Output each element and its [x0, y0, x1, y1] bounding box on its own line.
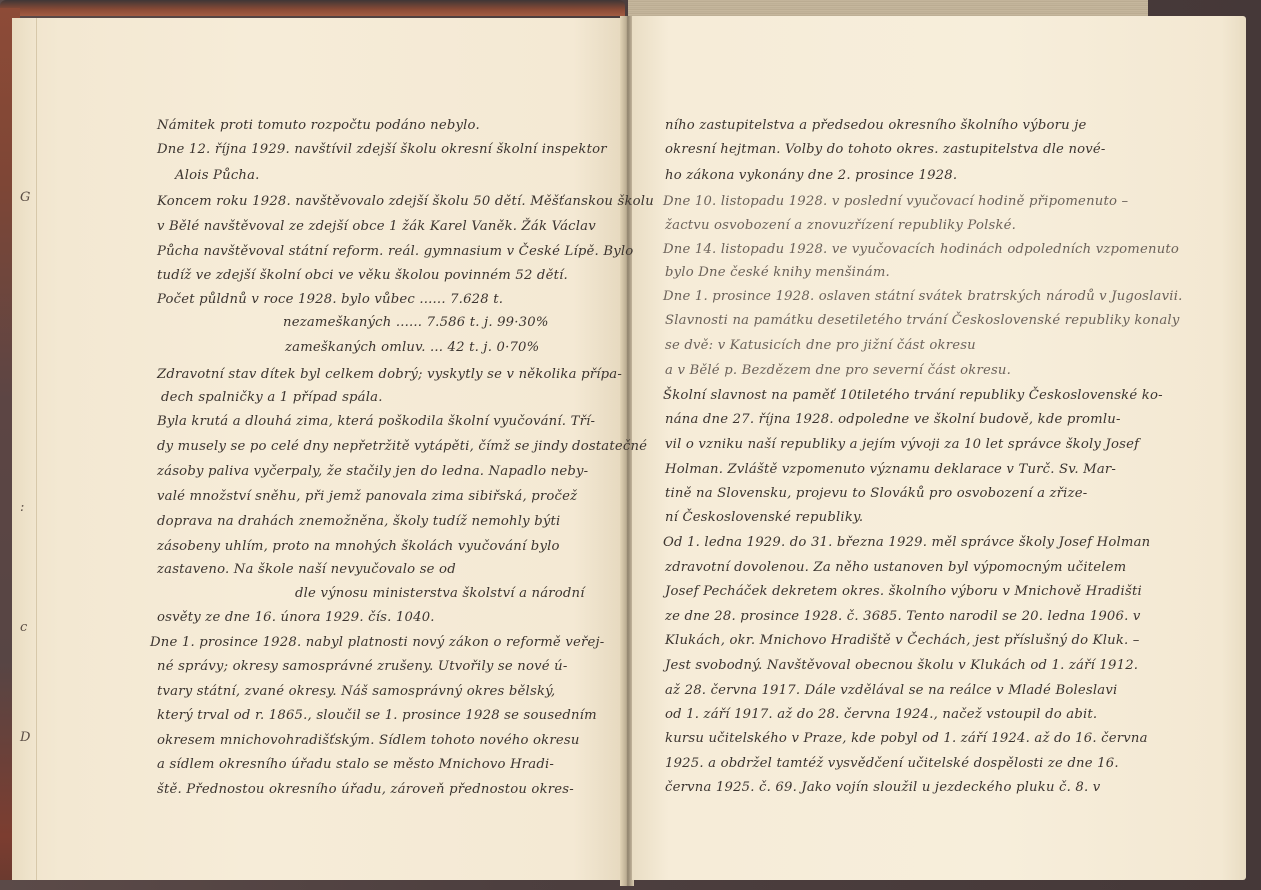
- handwritten-line: dle výnosu ministerstva školství a národ…: [295, 586, 585, 601]
- handwritten-line: Od 1. ledna 1929. do 31. března 1929. mě…: [663, 535, 1150, 550]
- handwritten-line: zásoby paliva vyčerpaly, že stačily jen …: [157, 464, 588, 479]
- handwritten-line: valé množství sněhu, při jemž panovala z…: [157, 489, 577, 504]
- page-stack-edge: [628, 0, 1148, 16]
- handwritten-line: od 1. září 1917. až do 28. června 1924.,…: [665, 707, 1097, 722]
- handwritten-line: Počet půldnů v roce 1928. bylo vůbec ...…: [157, 292, 503, 307]
- handwritten-line: kursu učitelského v Praze, kde pobyl od …: [665, 731, 1148, 746]
- handwritten-line: ze dne 28. prosince 1928. č. 3685. Tento…: [665, 609, 1141, 624]
- handwritten-line: Koncem roku 1928. navštěvovalo zdejší šk…: [157, 194, 654, 209]
- handwritten-line: tvary státní, zvané okresy. Náš samosprá…: [157, 684, 555, 699]
- handwritten-line: ho zákona vykonány dne 2. prosince 1928.: [665, 168, 957, 183]
- handwritten-line: nezameškaných ...... 7.586 t. j. 99·30%: [283, 315, 549, 330]
- handwritten-line: Námitek proti tomuto rozpočtu podáno neb…: [157, 118, 480, 133]
- handwritten-line: zastaveno. Na škole naší nevyučovalo se …: [157, 562, 456, 577]
- margin-mark: c: [20, 620, 27, 635]
- handwritten-line: Půcha navštěvoval státní reform. reál. g…: [157, 244, 633, 259]
- handwritten-line: okresem mnichovohradišťským. Sídlem toho…: [157, 733, 580, 748]
- handwritten-line: Byla krutá a dlouhá zima, která poškodil…: [157, 414, 595, 429]
- handwritten-line: bylo Dne české knihy menšinám.: [665, 265, 890, 280]
- handwritten-line: Dne 1. prosince 1928. oslaven státní svá…: [663, 289, 1183, 304]
- handwritten-line: ště. Přednostou okresního úřadu, zároveň…: [157, 782, 574, 797]
- handwritten-line: né správy; okresy samosprávné zrušeny. U…: [157, 659, 568, 674]
- handwritten-line: Alois Půcha.: [175, 168, 260, 183]
- handwritten-line: a sídlem okresního úřadu stalo se město …: [157, 757, 554, 772]
- margin-mark: G: [20, 190, 30, 205]
- handwritten-line: dy musely se po celé dny nepřetržitě vyt…: [157, 439, 647, 454]
- margin-mark: :: [20, 500, 24, 515]
- handwritten-line: Dne 1. prosince 1928. nabyl platnosti no…: [150, 635, 604, 650]
- handwritten-line: Slavnosti na památku desetiletého trvání…: [665, 313, 1180, 328]
- handwritten-line: Dne 12. října 1929. navštívil zdejší ško…: [157, 142, 607, 157]
- handwritten-line: Dne 14. listopadu 1928. ve vyučovacích h…: [663, 242, 1179, 257]
- handwritten-line: až 28. června 1917. Dále vzdělával se na…: [665, 683, 1117, 698]
- handwritten-line: Jest svobodný. Navštěvoval obecnou školu…: [665, 658, 1138, 673]
- handwritten-line: který trval od r. 1865., sloučil se 1. p…: [157, 708, 597, 723]
- handwritten-line: nána dne 27. října 1928. odpoledne ve šk…: [665, 412, 1121, 427]
- handwritten-line: Holman. Zvláště vzpomenuto významu dekla…: [665, 462, 1116, 477]
- handwritten-line: doprava na drahách znemožněna, školy tud…: [157, 514, 560, 529]
- handwritten-line: Dne 10. listopadu 1928. v poslední vyučo…: [663, 194, 1128, 209]
- handwritten-line: zásobeny uhlím, proto na mnohých školách…: [157, 539, 560, 554]
- handwritten-line: Zdravotní stav dítek byl celkem dobrý; v…: [157, 367, 622, 382]
- cover-top-edge: [0, 0, 625, 16]
- handwritten-line: Klukách, okr. Mnichovo Hradiště v Čechác…: [665, 633, 1140, 648]
- handwritten-line: osvěty ze dne 16. února 1929. čís. 1040.: [157, 610, 435, 625]
- handwritten-line: se dvě: v Katusicích dne pro jižní část …: [665, 338, 976, 353]
- handwritten-line: vil o vzniku naší republiky a jejím vývo…: [665, 437, 1139, 452]
- handwritten-line: ního zastupitelstva a předsedou okresníh…: [665, 118, 1087, 133]
- handwritten-line: 1925. a obdržel tamtéž vysvědčení učitel…: [665, 756, 1119, 771]
- handwritten-line: okresní hejtman. Volby do tohoto okres. …: [665, 142, 1106, 157]
- handwritten-line: Školní slavnost na paměť 10tiletého trvá…: [663, 388, 1163, 403]
- margin-marks: G : c D: [20, 180, 40, 780]
- handwritten-line: dech spalničky a 1 případ spála.: [161, 390, 383, 405]
- handwritten-line: tudíž ve zdejší školní obci ve věku škol…: [157, 268, 568, 283]
- handwritten-line: žactvu osvobození a znovuzřízení republi…: [665, 218, 1016, 233]
- margin-mark: D: [20, 730, 30, 745]
- handwritten-line: zdravotní dovolenou. Za něho ustanoven b…: [665, 560, 1126, 575]
- handwritten-line: ní Československé republiky.: [665, 510, 863, 525]
- handwritten-line: v Bělé navštěvoval ze zdejší obce 1 žák …: [157, 219, 596, 234]
- handwritten-line: Josef Pecháček dekretem okres. školního …: [665, 584, 1142, 599]
- handwritten-line: a v Bělé p. Bezdězem dne pro severní čás…: [665, 363, 1011, 378]
- handwritten-line: června 1925. č. 69. Jako vojín sloužil u…: [665, 780, 1100, 795]
- handwritten-line: tině na Slovensku, projevu to Slováků pr…: [665, 486, 1087, 501]
- handwritten-line: zameškaných omluv. ... 42 t. j. 0·70%: [285, 340, 539, 355]
